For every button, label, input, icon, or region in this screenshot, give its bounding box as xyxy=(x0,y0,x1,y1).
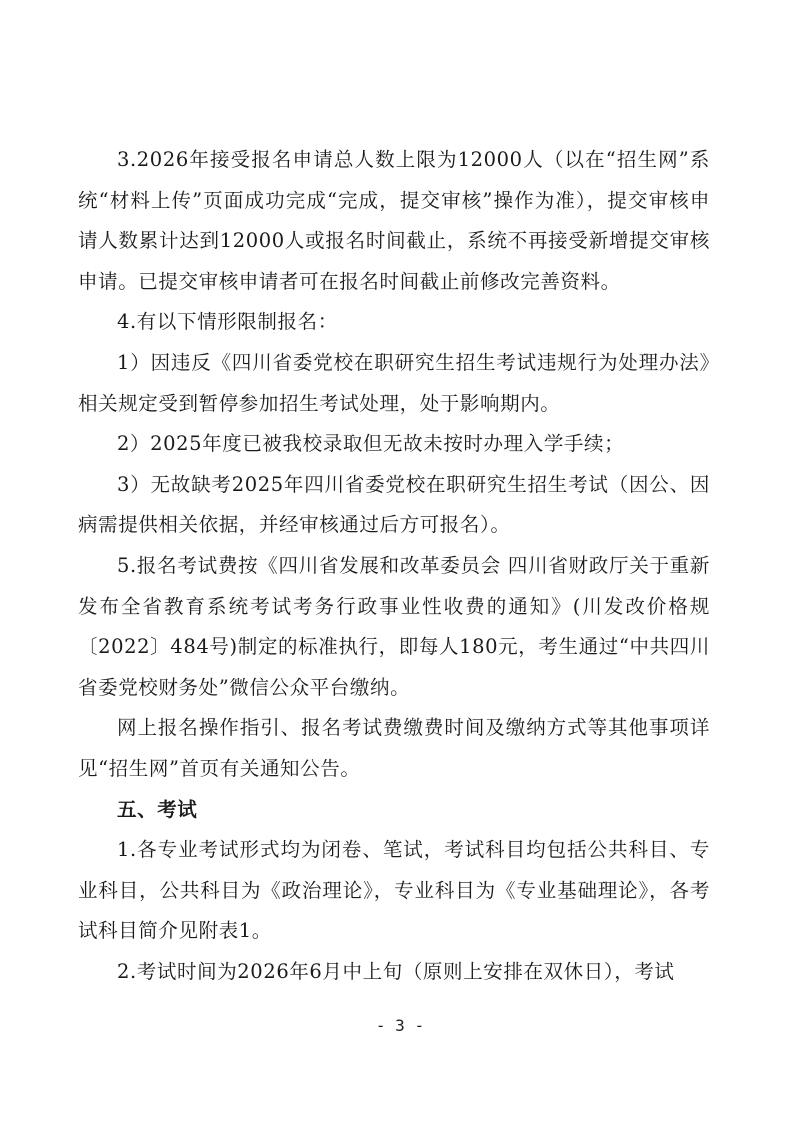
paragraph-restriction-2: 2）2025年度已被我校录取但无故未按时办理入学手续； xyxy=(78,424,710,465)
paragraph-exam-time: 2.考试时间为2026年6月中上旬（原则上安排在双休日），考试 xyxy=(78,952,710,993)
paragraph-registration-guide: 网上报名操作指引、报名考试费缴费时间及缴纳方式等其他事项详见“招生网”首页有关通… xyxy=(78,708,710,789)
paragraph-exam-format: 1.各专业考试形式均为闭卷、笔试，考试科目均包括公共科目、专业科目，公共科目为《… xyxy=(78,830,710,952)
paragraph-restrictions-intro: 4.有以下情形限制报名： xyxy=(78,302,710,343)
paragraph-restriction-1: 1）因违反《四川省委党校在职研究生招生考试违规行为处理办法》相关规定受到暂停参加… xyxy=(78,343,710,424)
document-body: 3.2026年接受报名申请总人数上限为12000人（以在“招生网”系统“材料上传… xyxy=(78,140,710,992)
page-number: - 3 - xyxy=(0,1016,800,1035)
document-page: 3.2026年接受报名申请总人数上限为12000人（以在“招生网”系统“材料上传… xyxy=(0,0,800,1131)
section-heading-exam: 五、考试 xyxy=(78,790,710,831)
paragraph-restriction-3: 3）无故缺考2025年四川省委党校在职研究生招生考试（因公、因病需提供相关依据，… xyxy=(78,465,710,546)
paragraph-enrollment-limit: 3.2026年接受报名申请总人数上限为12000人（以在“招生网”系统“材料上传… xyxy=(78,140,710,302)
paragraph-exam-fee: 5.报名考试费按《四川省发展和改革委员会 四川省财政厅关于重新发布全省教育系统考… xyxy=(78,546,710,708)
